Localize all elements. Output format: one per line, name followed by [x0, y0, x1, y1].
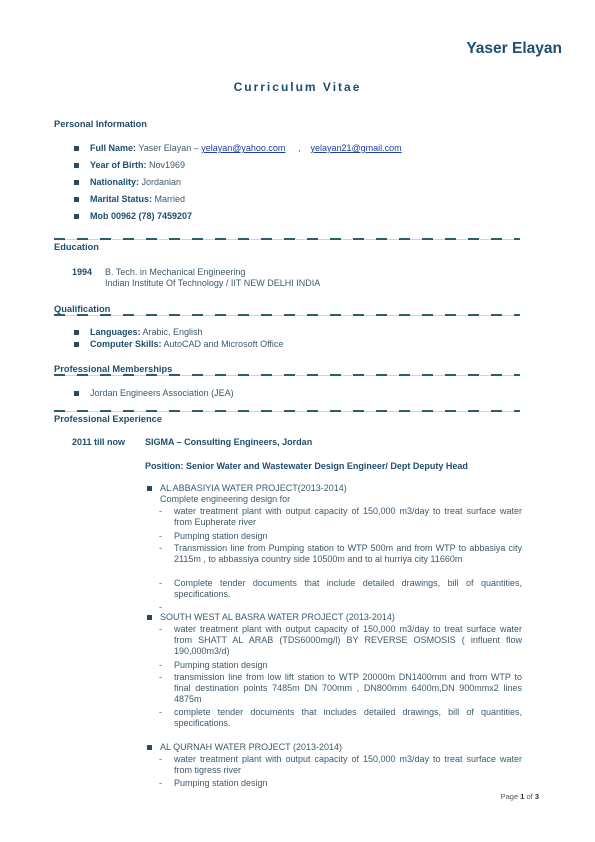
project-item: -water treatment plant with output capac… [174, 754, 522, 776]
experience-period: 2011 till now [72, 437, 125, 448]
project-title: SOUTH WEST AL BASRA WATER PROJECT (2013-… [160, 612, 395, 623]
experience-company: SIGMA – Consulting Engineers, Jordan [145, 437, 312, 448]
section-heading-experience: Professional Experience [54, 414, 162, 424]
section-divider [54, 410, 520, 412]
education-degree: B. Tech. in Mechanical Engineering [105, 267, 245, 278]
email-link-gmail[interactable]: yelayan21@gmail.com [310, 143, 401, 153]
bullet-icon [147, 486, 152, 491]
project-item: -water treatment plant with output capac… [174, 624, 522, 657]
bullet-icon [74, 180, 79, 185]
project-item: -Pumping station design [174, 660, 522, 671]
education-institute: Indian Institute Of Technology / IIT NEW… [105, 278, 320, 289]
project-item: -water treatment plant with output capac… [174, 506, 522, 528]
section-heading-memberships: Professional Memberships [54, 364, 172, 374]
personal-mobile: Mob 00962 (78) 7459207 [90, 211, 192, 222]
bullet-icon [74, 342, 79, 347]
cv-owner-name: Yaser Elayan [466, 40, 562, 58]
section-heading-education: Education [54, 242, 99, 252]
bullet-icon [74, 197, 79, 202]
bullet-icon [74, 163, 79, 168]
bullet-icon [147, 745, 152, 750]
personal-full-name: Full Name: Yaser Elayan – yelayan@yahoo.… [90, 143, 402, 154]
bullet-icon [74, 214, 79, 219]
email-link-yahoo[interactable]: yelayan@yahoo.com [201, 143, 285, 153]
section-heading-personal: Personal Information [54, 119, 147, 129]
bullet-icon [74, 391, 79, 396]
membership-item: Jordan Engineers Association (JEA) [90, 388, 234, 399]
section-divider [54, 314, 520, 316]
bullet-icon [147, 615, 152, 620]
section-divider [54, 238, 520, 240]
experience-position: Position: Senior Water and Wastewater De… [145, 461, 468, 472]
qualification-languages: Languages: Arabic, English [90, 327, 203, 338]
project-title: AL ABBASIYIA WATER PROJECT(2013-2014) [160, 483, 347, 494]
qualification-computer-skills: Computer Skills: AutoCAD and Microsoft O… [90, 339, 283, 350]
project-item: -Pumping station design [174, 778, 522, 789]
project-title: AL QURNAH WATER PROJECT (2013-2014) [160, 742, 342, 753]
personal-marital: Marital Status: Married [90, 194, 185, 205]
project-item: -Pumping station design [174, 531, 522, 542]
project-item: -complete tender documents that includes… [174, 707, 522, 729]
project-item: -Complete tender documents that include … [174, 578, 522, 600]
page-number: Page 1 of 3 [501, 792, 539, 801]
project-intro: Complete engineering design for [160, 494, 290, 505]
personal-birth: Year of Birth: Nov1969 [90, 160, 185, 171]
section-divider [54, 374, 520, 376]
education-year: 1994 [72, 267, 92, 278]
project-item: -transmission line from low lift station… [174, 672, 522, 705]
project-item: -Transmission line from Pumping station … [174, 543, 522, 565]
bullet-icon [74, 146, 79, 151]
bullet-icon [74, 330, 79, 335]
document-title: Curriculum Vitae [0, 80, 595, 94]
personal-nationality: Nationality: Jordanian [90, 177, 181, 188]
section-heading-qualification: Qualification [54, 304, 110, 314]
